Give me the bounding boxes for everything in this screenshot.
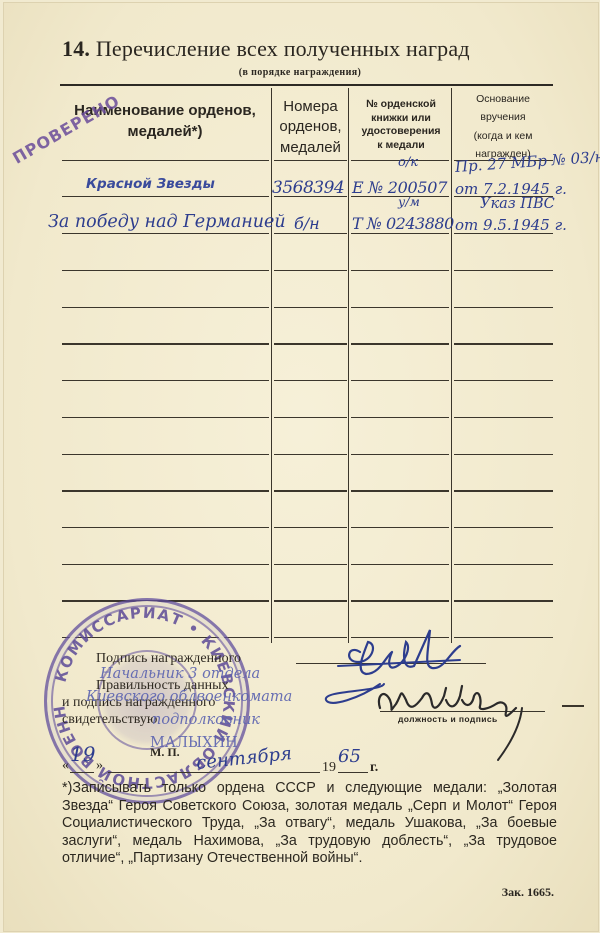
row-line xyxy=(454,600,553,601)
certificate-type: у/м xyxy=(398,194,420,209)
official-position-line1: Начальник 3 отдела xyxy=(100,666,260,682)
row-line xyxy=(454,527,553,528)
header-bottom-line xyxy=(274,160,347,161)
award-number: б/н xyxy=(294,214,320,233)
header-text: (когда и кем xyxy=(453,127,553,145)
date-day: 19 xyxy=(70,742,95,766)
row-line xyxy=(274,564,347,565)
row-line xyxy=(454,307,553,308)
row-line xyxy=(274,490,347,491)
date-close-quote: » xyxy=(96,758,103,774)
row-line xyxy=(351,564,449,565)
header-text: Номера xyxy=(272,97,349,117)
row-line xyxy=(454,380,553,381)
row-line xyxy=(454,564,553,565)
award-name: За победу над Германией xyxy=(48,212,286,232)
row-line xyxy=(62,307,269,308)
date-open-quote: « xyxy=(62,758,69,774)
footnote: *)Записывать только ордена СССР и следую… xyxy=(62,780,557,868)
section-title-text: Перечисление всех полученных наград xyxy=(96,36,470,61)
section-number: 14. xyxy=(62,36,90,61)
awardee-signature-label: Подпись награжденного xyxy=(96,651,241,667)
row-line xyxy=(351,454,449,455)
row-line xyxy=(274,307,347,308)
official-name: МАЛЫХИН xyxy=(150,735,238,751)
award-name: Красной Звезды xyxy=(86,176,215,192)
row-line xyxy=(454,270,553,271)
print-order-number: Зак. 1665. xyxy=(502,885,554,900)
date-day-line xyxy=(70,772,94,773)
official-rank: подполковник xyxy=(152,712,260,728)
row-line xyxy=(62,490,269,491)
row-line xyxy=(274,380,347,381)
row-line xyxy=(62,196,269,197)
row-line xyxy=(454,417,553,418)
award-basis-line2: от 9.5.1945 г. xyxy=(455,216,567,234)
title-rule xyxy=(60,84,553,86)
row-line xyxy=(62,380,269,381)
row-line xyxy=(62,564,269,565)
column-header-certificate: № орденской книжки или удостоверения к м… xyxy=(350,98,452,153)
row-line xyxy=(351,270,449,271)
row-line xyxy=(62,270,269,271)
row-line xyxy=(274,270,347,271)
official-signature xyxy=(370,660,570,770)
row-line xyxy=(351,380,449,381)
header-text: к медали xyxy=(350,139,452,153)
row-line xyxy=(351,307,449,308)
section-title: 14. Перечисление всех полученных наград xyxy=(62,36,470,62)
header-text: книжки или xyxy=(350,112,452,126)
column-divider xyxy=(348,88,349,643)
row-line xyxy=(351,343,449,344)
row-line xyxy=(62,527,269,528)
row-line xyxy=(454,343,553,344)
row-line xyxy=(62,417,269,418)
row-line xyxy=(62,233,269,234)
header-text: удостоверения xyxy=(350,125,452,139)
row-line xyxy=(274,233,347,234)
row-line xyxy=(351,490,449,491)
row-line xyxy=(454,490,553,491)
header-text: медалей xyxy=(272,138,349,158)
column-divider xyxy=(451,88,452,643)
date-year-prefix: 19 xyxy=(322,760,336,776)
award-number: 3568394 xyxy=(272,178,344,198)
header-text: № орденской xyxy=(350,98,452,112)
column-header-award-number: Номера орденов, медалей xyxy=(272,97,349,158)
award-basis-line1: Указ ПВС xyxy=(480,196,555,212)
row-line xyxy=(62,454,269,455)
header-text: Основание xyxy=(453,90,553,108)
row-line xyxy=(274,600,347,601)
row-line xyxy=(274,454,347,455)
row-line xyxy=(351,233,449,234)
header-text: вручения xyxy=(453,108,553,126)
row-line xyxy=(274,343,347,344)
row-line xyxy=(351,527,449,528)
certificate-type: о/к xyxy=(398,155,418,170)
row-line xyxy=(351,600,449,601)
row-line xyxy=(351,417,449,418)
row-line xyxy=(454,454,553,455)
official-position-line2: Киевского облвоенкомата xyxy=(86,689,292,705)
row-line xyxy=(274,417,347,418)
header-text: орденов, xyxy=(272,117,349,137)
column-divider xyxy=(271,88,272,643)
verify-label-line3: свидетельствую xyxy=(62,712,157,728)
row-line xyxy=(62,343,269,344)
section-subtitle: (в порядке награждения) xyxy=(0,67,600,78)
header-bottom-line xyxy=(62,160,269,161)
date-year-line xyxy=(338,772,368,773)
certificate-number: Т № 0243880 xyxy=(352,214,454,233)
row-line xyxy=(274,527,347,528)
